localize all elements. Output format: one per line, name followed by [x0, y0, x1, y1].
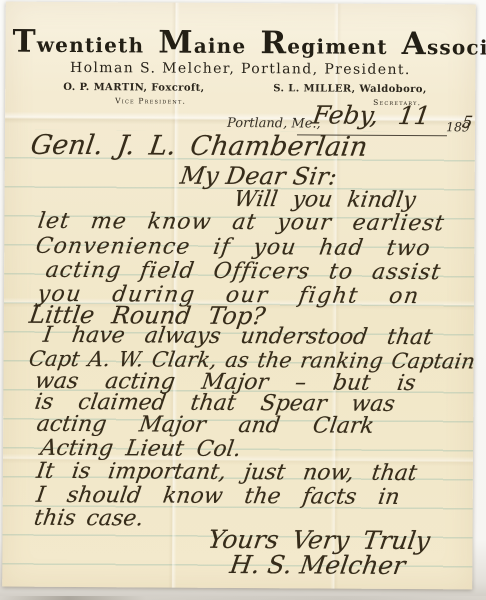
handwriting-line: I have always understood that — [42, 325, 434, 349]
handwriting-line: It is important, just now, that — [35, 461, 418, 485]
photo-bottom-edge — [0, 596, 486, 600]
vice-president-name: O. P. MARTIN, Foxcroft, — [63, 82, 204, 94]
signature-line: H. S. Melcher — [228, 552, 407, 578]
letterhead-title-word: Regiment — [260, 25, 388, 62]
letter-paper: TwentiethMaineRegimentAssociation. Holma… — [2, 2, 476, 590]
letterhead-title-word: Association. — [402, 26, 486, 63]
handwriting-line: let me know at your earliest — [36, 211, 446, 235]
handwriting-line: acting field Officers to assist — [44, 260, 443, 284]
salutation-line: My Dear Sir: — [179, 164, 339, 189]
vice-president-title: Vice President. — [115, 96, 186, 105]
handwritten-year-digit: 5 — [461, 114, 474, 130]
recipient-line: Genl. J. L. Chamberlain — [29, 132, 369, 161]
letterhead-title-word: Maine — [158, 25, 246, 62]
photo-background: TwentiethMaineRegimentAssociation. Holma… — [0, 0, 486, 600]
handwriting-line: Convenience if you had two — [34, 236, 432, 260]
dateline-place: Portland, Me., — [227, 116, 321, 132]
president-line: Holman S. Melcher, Portland, President. — [5, 60, 475, 79]
handwriting-line: acting Major and Clark — [35, 414, 375, 438]
handwriting-line: this case. — [33, 508, 145, 531]
handwriting-line: Acting Lieut Col. — [39, 438, 242, 461]
letterhead-title: TwentiethMaineRegimentAssociation. — [5, 24, 475, 63]
secretary-name: S. L. MILLER, Waldoboro, — [273, 83, 427, 95]
handwriting-line: Will you kindly — [233, 189, 417, 212]
letterhead-title-word: Twentieth — [12, 24, 144, 61]
handwritten-date: Feby, 11 — [311, 102, 432, 128]
